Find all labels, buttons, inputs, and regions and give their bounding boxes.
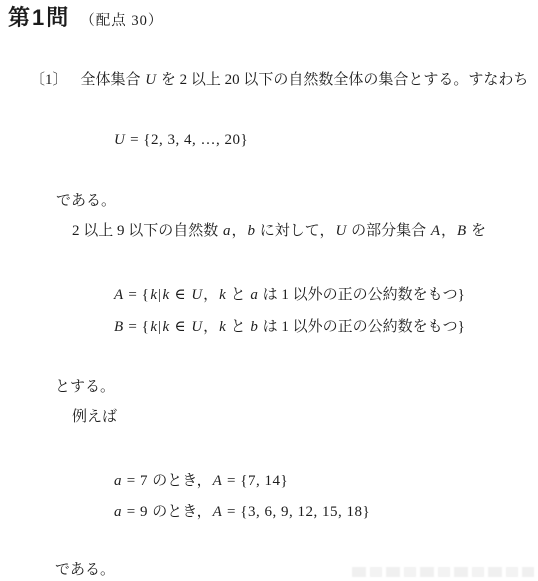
set-b-definition-formula: B = {k|k ∈ U，k と b は 1 以外の正の公約数をもつ} xyxy=(113,317,465,337)
universal-set-formula: U = {2, 3, 4, …, 20} xyxy=(113,130,248,150)
subset-intro-line: 2 以上 9 以下の自然数 a，b に対して，U の部分集合 A，B を xyxy=(72,221,486,241)
dearu-text-1: である。 xyxy=(56,191,116,211)
subset-intro-text: 2 以上 9 以下の自然数 a，b に対して，U の部分集合 A，B を xyxy=(72,221,486,241)
part-number-label: 〔1〕 xyxy=(30,70,68,90)
tosuru-line: とする。 xyxy=(55,377,115,397)
tosuru-text: とする。 xyxy=(55,377,115,397)
dearu-text-2: である。 xyxy=(55,560,115,580)
example-1-text: a = 7 のとき，A = {7, 14} xyxy=(113,471,288,491)
set-b-definition-text: B = {k|k ∈ U，k と b は 1 以外の正の公約数をもつ} xyxy=(113,317,465,337)
dearu-line-1: である。 xyxy=(56,191,116,211)
intro-line: 〔1〕 全体集合 U を 2 以上 20 以下の自然数全体の集合とする。すなわち xyxy=(30,70,528,90)
example-intro-line: 例えば xyxy=(72,407,117,427)
example-2-formula: a = 9 のとき，A = {3, 6, 9, 12, 15, 18} xyxy=(113,502,370,522)
example-intro-text: 例えば xyxy=(72,407,117,427)
question-points-label: （配点 30） xyxy=(80,11,163,31)
example-2-text: a = 9 のとき，A = {3, 6, 9, 12, 15, 18} xyxy=(113,502,370,522)
question-number-title: 第1問 xyxy=(8,8,70,28)
dearu-line-2: である。 xyxy=(55,560,115,580)
example-1-formula: a = 7 のとき，A = {7, 14} xyxy=(113,471,288,491)
intro-text: 全体集合 U を 2 以上 20 以下の自然数全体の集合とする。すなわち xyxy=(81,70,529,90)
faint-watermark xyxy=(352,567,534,577)
set-a-definition-formula: A = {k|k ∈ U，k と a は 1 以外の正の公約数をもつ} xyxy=(113,285,465,305)
question-header: 第1問 （配点 30） xyxy=(8,8,163,31)
universal-set-formula-text: U = {2, 3, 4, …, 20} xyxy=(113,130,248,150)
exam-document-page: 第1問 （配点 30） 〔1〕 全体集合 U を 2 以上 20 以下の自然数全… xyxy=(0,0,538,581)
set-a-definition-text: A = {k|k ∈ U，k と a は 1 以外の正の公約数をもつ} xyxy=(113,285,465,305)
